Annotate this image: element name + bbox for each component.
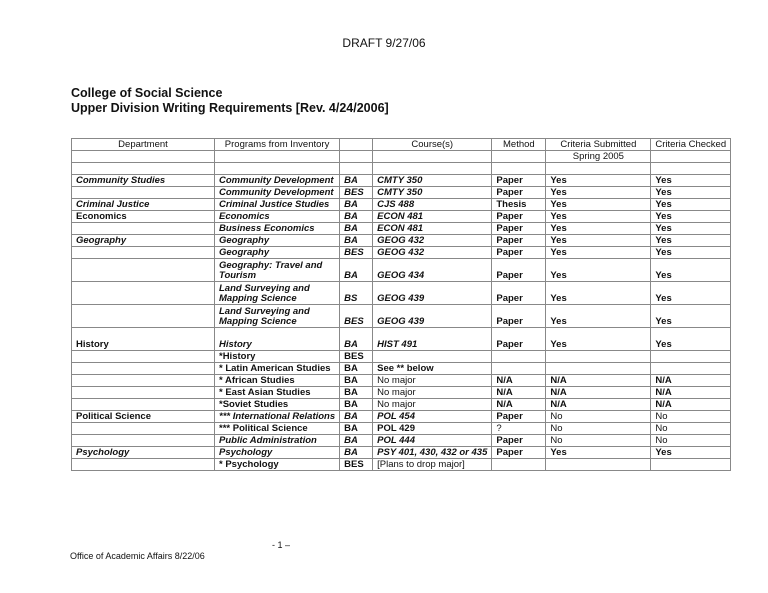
criteria-checked-cell: Yes xyxy=(651,282,731,305)
department-cell: Community Studies xyxy=(72,175,215,187)
criteria-submitted-cell: Yes xyxy=(546,199,651,211)
criteria-submitted-cell: N/A xyxy=(546,375,651,387)
criteria-submitted-cell: Yes xyxy=(546,305,651,328)
criteria-submitted-cell: Yes xyxy=(546,235,651,247)
table-row: Land Surveying and Mapping ScienceBSGEOG… xyxy=(72,282,731,305)
criteria-submitted-cell: Yes xyxy=(546,328,651,351)
criteria-checked-cell xyxy=(651,351,731,363)
table-row: EconomicsEconomicsBAECON 481PaperYesYes xyxy=(72,211,731,223)
program-cell: *History xyxy=(215,351,340,363)
method-cell: Thesis xyxy=(492,199,546,211)
degree-cell: BES xyxy=(340,459,373,471)
method-cell: Paper xyxy=(492,211,546,223)
table-row: Community StudiesCommunity DevelopmentBA… xyxy=(72,175,731,187)
department-cell xyxy=(72,247,215,259)
department-cell xyxy=(72,223,215,235)
criteria-checked-cell: N/A xyxy=(651,399,731,411)
col-programs: Programs from Inventory xyxy=(215,139,340,151)
criteria-checked-cell: Yes xyxy=(651,199,731,211)
department-cell xyxy=(72,435,215,447)
course-cell: [Plans to drop major] xyxy=(373,459,492,471)
course-cell: No major xyxy=(373,399,492,411)
criteria-submitted-cell: Yes xyxy=(546,447,651,459)
department-cell xyxy=(72,363,215,375)
method-cell: Paper xyxy=(492,259,546,282)
criteria-submitted-cell xyxy=(546,459,651,471)
criteria-submitted-cell: Yes xyxy=(546,211,651,223)
criteria-checked-cell: Yes xyxy=(651,328,731,351)
criteria-submitted-cell: Yes xyxy=(546,247,651,259)
table-row: HistoryHistoryBAHIST 491PaperYesYes xyxy=(72,328,731,351)
col-criteria-checked: Criteria Checked xyxy=(651,139,731,151)
department-cell xyxy=(72,423,215,435)
criteria-checked-cell: Yes xyxy=(651,211,731,223)
method-cell: Paper xyxy=(492,282,546,305)
criteria-checked-cell: Yes xyxy=(651,223,731,235)
degree-cell: BA xyxy=(340,375,373,387)
method-cell: Paper xyxy=(492,328,546,351)
criteria-checked-cell: No xyxy=(651,423,731,435)
table-row: Business EconomicsBAECON 481PaperYesYes xyxy=(72,223,731,235)
program-cell: *** International Relations xyxy=(215,411,340,423)
degree-cell: BES xyxy=(340,305,373,328)
table-row: *** Political ScienceBAPOL 429?NoNo xyxy=(72,423,731,435)
method-cell: Paper xyxy=(492,175,546,187)
degree-cell: BA xyxy=(340,423,373,435)
course-cell: PSY 401, 430, 432 or 435 xyxy=(373,447,492,459)
degree-cell: BA xyxy=(340,411,373,423)
criteria-checked-cell: Yes xyxy=(651,447,731,459)
method-cell xyxy=(492,363,546,375)
table-row: * East Asian StudiesBANo majorN/AN/AN/A xyxy=(72,387,731,399)
table-body: Community StudiesCommunity DevelopmentBA… xyxy=(72,175,731,471)
degree-cell: BA xyxy=(340,435,373,447)
criteria-submitted-cell: Yes xyxy=(546,259,651,282)
department-cell xyxy=(72,459,215,471)
degree-cell: BA xyxy=(340,223,373,235)
course-cell: GEOG 439 xyxy=(373,282,492,305)
criteria-submitted-cell xyxy=(546,363,651,375)
program-cell: Geography: Travel and Tourism xyxy=(215,259,340,282)
table-row: *Soviet StudiesBANo majorN/AN/AN/A xyxy=(72,399,731,411)
program-cell: Geography xyxy=(215,235,340,247)
course-cell: HIST 491 xyxy=(373,328,492,351)
table-row: *HistoryBES xyxy=(72,351,731,363)
criteria-submitted-term: Spring 2005 xyxy=(546,151,651,163)
method-cell: N/A xyxy=(492,387,546,399)
table-row: Geography: Travel and TourismBAGEOG 434P… xyxy=(72,259,731,282)
spacer-row xyxy=(72,163,731,175)
department-cell xyxy=(72,351,215,363)
table-row: PsychologyPsychologyBAPSY 401, 430, 432 … xyxy=(72,447,731,459)
course-cell: GEOG 434 xyxy=(373,259,492,282)
method-cell: Paper xyxy=(492,435,546,447)
program-cell: *** Political Science xyxy=(215,423,340,435)
program-cell: * East Asian Studies xyxy=(215,387,340,399)
department-cell: History xyxy=(72,328,215,351)
criteria-submitted-cell: N/A xyxy=(546,387,651,399)
method-cell: ? xyxy=(492,423,546,435)
criteria-checked-cell: Yes xyxy=(651,235,731,247)
col-department: Department xyxy=(72,139,215,151)
table-row: GeographyGeographyBAGEOG 432PaperYesYes xyxy=(72,235,731,247)
department-cell xyxy=(72,399,215,411)
degree-cell: BA xyxy=(340,199,373,211)
course-cell: CJS 488 xyxy=(373,199,492,211)
table-row: Public AdministrationBAPOL 444PaperNoNo xyxy=(72,435,731,447)
criteria-submitted-cell: Yes xyxy=(546,223,651,235)
department-cell xyxy=(72,187,215,199)
program-cell: Public Administration xyxy=(215,435,340,447)
criteria-submitted-cell: N/A xyxy=(546,399,651,411)
course-cell: No major xyxy=(373,375,492,387)
program-cell: Community Development xyxy=(215,175,340,187)
criteria-submitted-cell: No xyxy=(546,423,651,435)
method-cell: N/A xyxy=(492,399,546,411)
criteria-submitted-cell: No xyxy=(546,411,651,423)
table-row: Land Surveying and Mapping ScienceBESGEO… xyxy=(72,305,731,328)
course-cell: POL 454 xyxy=(373,411,492,423)
program-cell: Psychology xyxy=(215,447,340,459)
col-degree xyxy=(340,139,373,151)
table-header-row: Department Programs from Inventory Cours… xyxy=(72,139,731,151)
degree-cell: BA xyxy=(340,328,373,351)
department-cell xyxy=(72,375,215,387)
table-row: * Latin American StudiesBASee ** below xyxy=(72,363,731,375)
course-cell: POL 444 xyxy=(373,435,492,447)
method-cell: Paper xyxy=(492,447,546,459)
table-subheader-row: Spring 2005 xyxy=(72,151,731,163)
method-cell xyxy=(492,351,546,363)
program-cell: Economics xyxy=(215,211,340,223)
course-cell: GEOG 432 xyxy=(373,247,492,259)
department-cell: Psychology xyxy=(72,447,215,459)
criteria-checked-cell: Yes xyxy=(651,305,731,328)
method-cell: Paper xyxy=(492,187,546,199)
course-cell: GEOG 432 xyxy=(373,235,492,247)
document-title: College of Social Science Upper Division… xyxy=(71,86,389,116)
department-cell: Criminal Justice xyxy=(72,199,215,211)
degree-cell: BS xyxy=(340,282,373,305)
course-cell: See ** below xyxy=(373,363,492,375)
criteria-checked-cell: Yes xyxy=(651,247,731,259)
degree-cell: BA xyxy=(340,175,373,187)
footer-office: Office of Academic Affairs 8/22/06 xyxy=(70,551,205,561)
method-cell: N/A xyxy=(492,375,546,387)
method-cell: Paper xyxy=(492,247,546,259)
degree-cell: BES xyxy=(340,187,373,199)
course-cell: POL 429 xyxy=(373,423,492,435)
degree-cell: BES xyxy=(340,247,373,259)
course-cell: ECON 481 xyxy=(373,211,492,223)
program-cell: Business Economics xyxy=(215,223,340,235)
degree-cell: BA xyxy=(340,387,373,399)
criteria-checked-cell: Yes xyxy=(651,175,731,187)
criteria-submitted-cell xyxy=(546,351,651,363)
department-cell: Economics xyxy=(72,211,215,223)
course-cell: ECON 481 xyxy=(373,223,492,235)
table-row: Political Science*** International Relat… xyxy=(72,411,731,423)
draft-header: DRAFT 9/27/06 xyxy=(0,36,768,50)
method-cell: Paper xyxy=(492,235,546,247)
table-row: * PsychologyBES[Plans to drop major] xyxy=(72,459,731,471)
criteria-checked-cell: Yes xyxy=(651,259,731,282)
course-cell: CMTY 350 xyxy=(373,175,492,187)
degree-cell: BA xyxy=(340,363,373,375)
criteria-checked-cell: Yes xyxy=(651,187,731,199)
program-cell: Community Development xyxy=(215,187,340,199)
course-cell: No major xyxy=(373,387,492,399)
col-courses: Course(s) xyxy=(373,139,492,151)
department-cell: Geography xyxy=(72,235,215,247)
table-row: Criminal JusticeCriminal Justice Studies… xyxy=(72,199,731,211)
program-cell: * Psychology xyxy=(215,459,340,471)
criteria-checked-cell xyxy=(651,459,731,471)
title-requirements: Upper Division Writing Requirements [Rev… xyxy=(71,101,389,116)
department-cell: Political Science xyxy=(72,411,215,423)
program-cell: Land Surveying and Mapping Science xyxy=(215,305,340,328)
department-cell xyxy=(72,259,215,282)
method-cell: Paper xyxy=(492,223,546,235)
department-cell xyxy=(72,387,215,399)
criteria-submitted-cell: Yes xyxy=(546,187,651,199)
criteria-submitted-cell: No xyxy=(546,435,651,447)
degree-cell: BA xyxy=(340,211,373,223)
program-cell: * African Studies xyxy=(215,375,340,387)
table-row: * African StudiesBANo majorN/AN/AN/A xyxy=(72,375,731,387)
degree-cell: BA xyxy=(340,399,373,411)
program-cell: * Latin American Studies xyxy=(215,363,340,375)
program-cell: History xyxy=(215,328,340,351)
title-college: College of Social Science xyxy=(71,86,389,101)
department-cell xyxy=(72,305,215,328)
course-cell: GEOG 439 xyxy=(373,305,492,328)
col-criteria-submitted: Criteria Submitted xyxy=(546,139,651,151)
department-cell xyxy=(72,282,215,305)
program-cell: Criminal Justice Studies xyxy=(215,199,340,211)
degree-cell: BA xyxy=(340,447,373,459)
degree-cell: BES xyxy=(340,351,373,363)
program-cell: Land Surveying and Mapping Science xyxy=(215,282,340,305)
table-row: GeographyBESGEOG 432PaperYesYes xyxy=(72,247,731,259)
course-cell: CMTY 350 xyxy=(373,187,492,199)
criteria-checked-cell xyxy=(651,363,731,375)
criteria-checked-cell: No xyxy=(651,435,731,447)
program-cell: *Soviet Studies xyxy=(215,399,340,411)
criteria-checked-cell: N/A xyxy=(651,387,731,399)
criteria-submitted-cell: Yes xyxy=(546,282,651,305)
method-cell xyxy=(492,459,546,471)
table-row: Community DevelopmentBESCMTY 350PaperYes… xyxy=(72,187,731,199)
course-cell xyxy=(373,351,492,363)
col-method: Method xyxy=(492,139,546,151)
writing-requirements-table: Department Programs from Inventory Cours… xyxy=(71,138,731,471)
method-cell: Paper xyxy=(492,411,546,423)
degree-cell: BA xyxy=(340,259,373,282)
criteria-checked-cell: N/A xyxy=(651,375,731,387)
criteria-checked-cell: No xyxy=(651,411,731,423)
page-number: - 1 – xyxy=(272,540,290,550)
method-cell: Paper xyxy=(492,305,546,328)
degree-cell: BA xyxy=(340,235,373,247)
program-cell: Geography xyxy=(215,247,340,259)
criteria-submitted-cell: Yes xyxy=(546,175,651,187)
